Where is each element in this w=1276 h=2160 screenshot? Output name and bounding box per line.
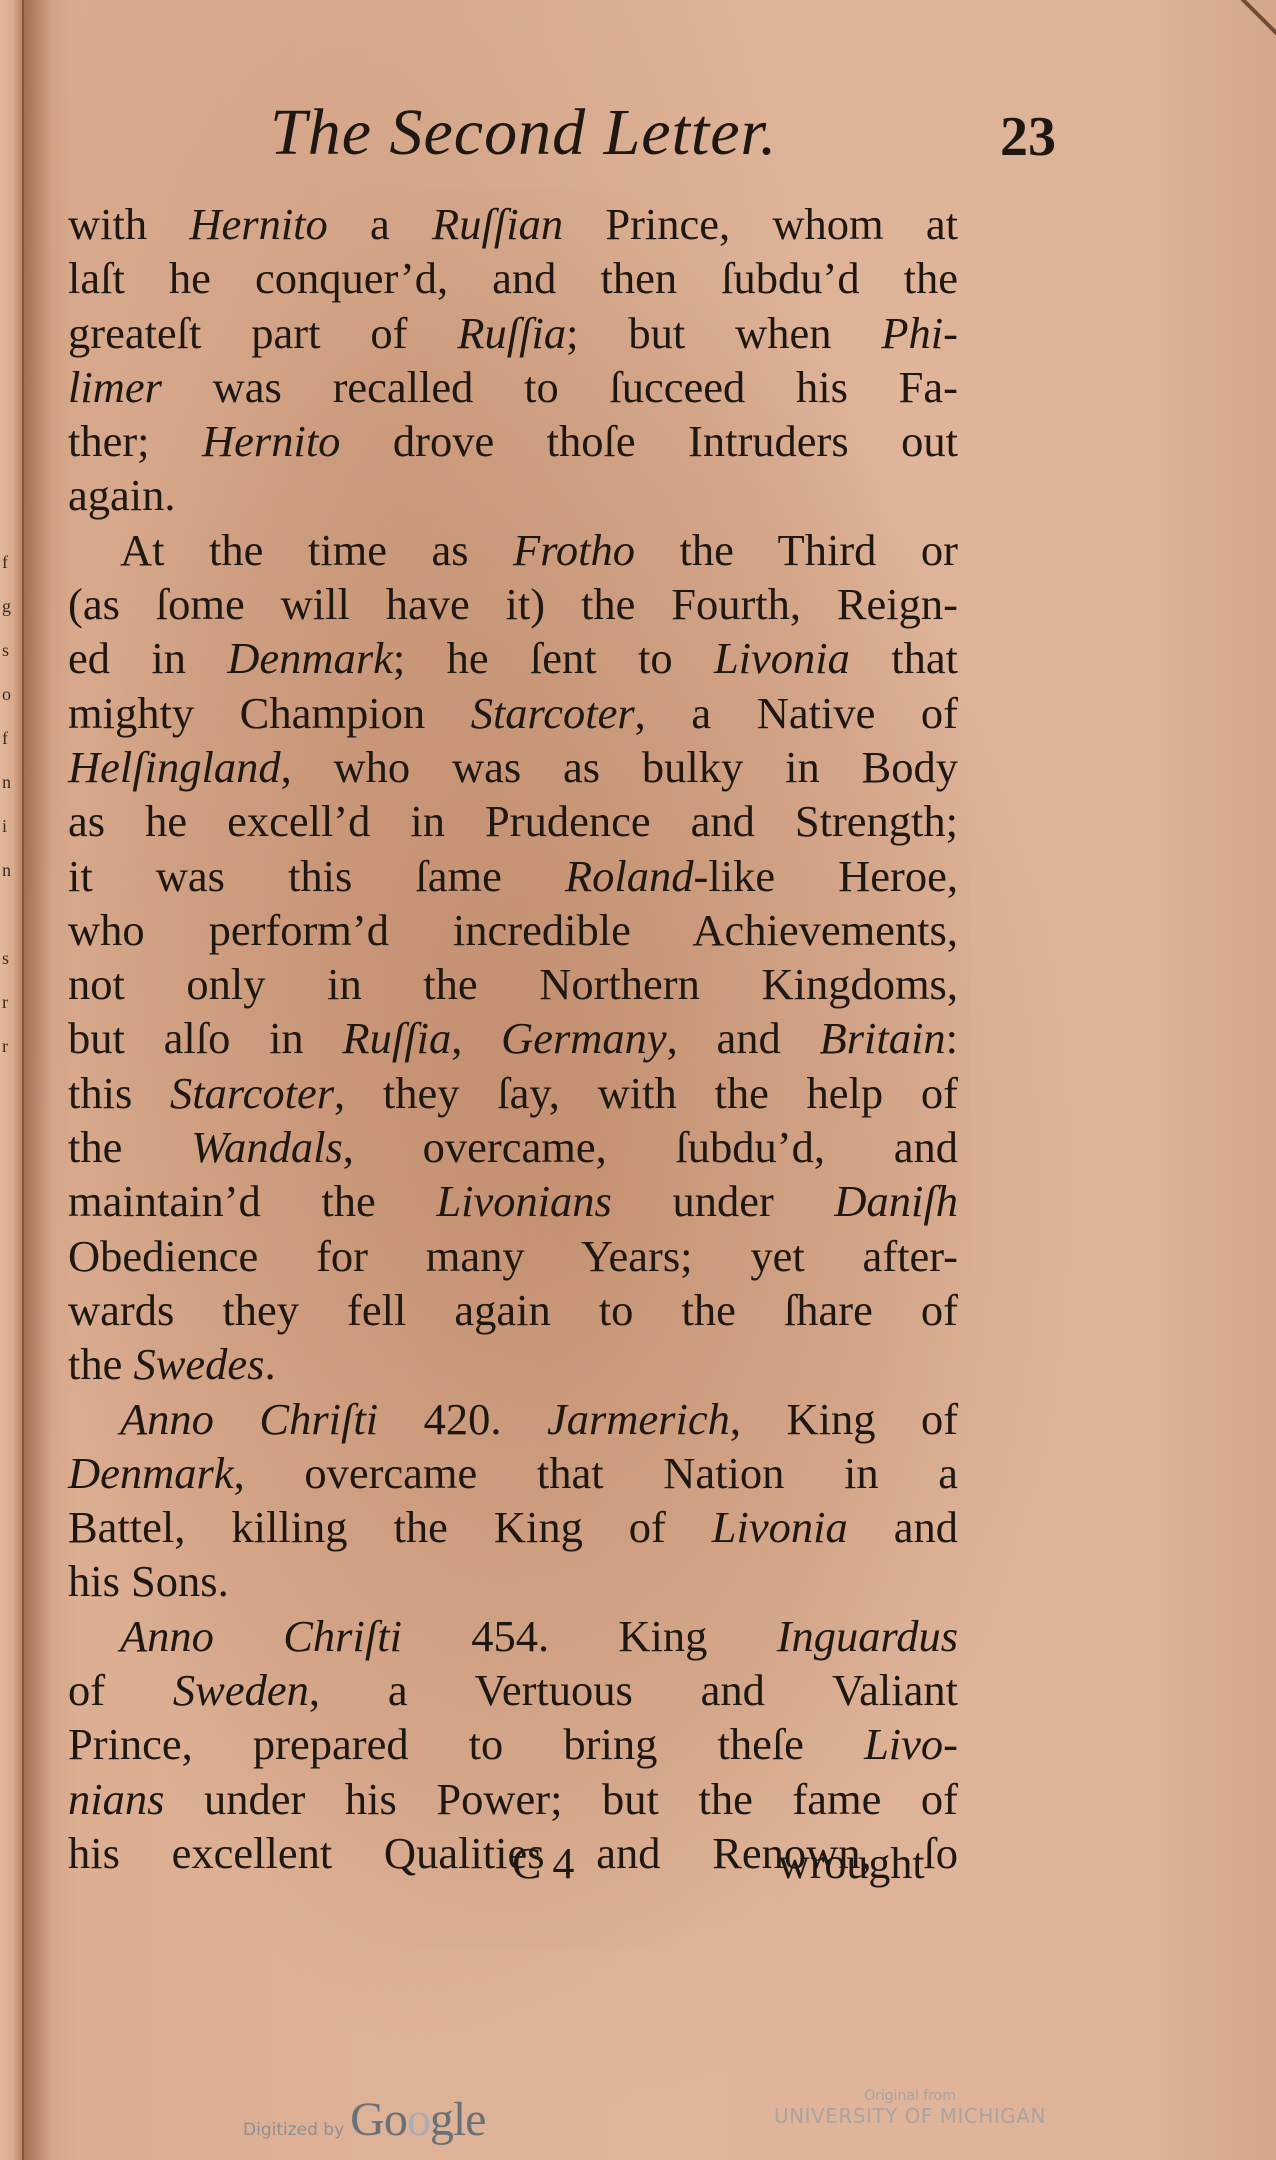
text-run: it was this ſame <box>68 851 565 901</box>
fragment-glyph: i <box>2 804 16 848</box>
adjacent-page-edge <box>0 0 24 2160</box>
text-line: Battel, killing the King of Livonia and <box>68 1500 958 1554</box>
text-run: wards they fell again to the ſhare of <box>68 1285 958 1335</box>
text-run: under <box>612 1176 835 1226</box>
text-run: as he excell’d in Prudence and Strength; <box>68 796 958 846</box>
italic-text: Jarmerich <box>547 1394 730 1444</box>
text-run: , a Vertuous and Valiant <box>309 1665 958 1715</box>
text-line: again. <box>68 468 958 522</box>
text-run: maintain’d the <box>68 1176 436 1226</box>
text-line: mighty Champion Starcoter, a Native of <box>68 686 958 740</box>
text-run: , they ſay, with the help of <box>334 1068 958 1118</box>
text-run: Prince, whom at <box>563 199 958 249</box>
text-run: 454. King <box>402 1611 777 1661</box>
italic-text: Hernito <box>202 416 340 466</box>
text-run: , overcame, ſubdu’d, and <box>343 1122 958 1172</box>
text-line: (as ſome will have it) the Fourth, Reign… <box>68 577 958 631</box>
italic-text: Britain <box>820 1013 946 1063</box>
text-run: drove thoſe Intruders out <box>340 416 958 466</box>
logo-letter: o <box>384 2093 407 2146</box>
fragment-glyph: n <box>2 848 16 892</box>
text-run: ed in <box>68 633 227 683</box>
text-line: ther; Hernito drove thoſe Intruders out <box>68 414 958 468</box>
adjacent-page-text-fragments: fgsofnin srr <box>2 540 16 1068</box>
institution-label: UNIVERSITY OF MICHIGAN <box>760 2104 1060 2128</box>
text-line: but alſo in Ruſſia, Germany, and Britain… <box>68 1011 958 1065</box>
page-corner-fold <box>1236 0 1276 40</box>
italic-text: Germany <box>501 1013 667 1063</box>
fragment-glyph: n <box>2 760 16 804</box>
page-number: 23 <box>1000 105 1056 169</box>
text-run: , King of <box>730 1394 958 1444</box>
italic-text: Ruſſia <box>342 1013 451 1063</box>
text-run: the Third or <box>635 525 958 575</box>
text-run: , overcame that Nation in a <box>234 1448 958 1498</box>
text-run: was recalled to ſucceed his Fa- <box>162 362 958 412</box>
text-line: Prince, prepared to bring theſe Livo- <box>68 1717 958 1771</box>
logo-letter: g <box>430 2093 453 2146</box>
text-run: , a Native of <box>635 688 958 738</box>
text-run: Battel, killing the King of <box>68 1502 712 1552</box>
fragment-glyph: r <box>2 1024 16 1068</box>
italic-text: limer <box>68 362 162 412</box>
text-line: wards they fell again to the ſhare of <box>68 1283 958 1337</box>
text-run: Prince, prepared to bring theſe <box>68 1719 864 1769</box>
italic-text: Hernito <box>189 199 327 249</box>
italic-text: Denmark <box>68 1448 234 1498</box>
text-run: 420. <box>378 1394 547 1444</box>
text-line: it was this ſame Roland-like Heroe, <box>68 849 958 903</box>
fragment-glyph: f <box>2 716 16 760</box>
text-line: ed in Denmark; he ſent to Livonia that <box>68 631 958 685</box>
italic-text: Sweden <box>173 1665 309 1715</box>
text-run: greateſt part of <box>68 308 457 358</box>
text-line: who perform’d incredible Achievements, <box>68 903 958 957</box>
text-line: Obedience for many Years; yet after- <box>68 1229 958 1283</box>
text-run: -like Heroe, <box>694 851 958 901</box>
text-run: ther; <box>68 416 202 466</box>
italic-text: Livonians <box>436 1176 612 1226</box>
text-line: with Hernito a Ruſſian Prince, whom at <box>68 197 958 251</box>
logo-letter: e <box>465 2093 485 2146</box>
footer-catchline: C 4 wrought <box>0 1838 1276 1898</box>
text-line: Helſingland, who was as bulky in Body <box>68 740 958 794</box>
italic-text: Daniſh <box>834 1176 958 1226</box>
text-run: not only in the Northern Kingdoms, <box>68 959 958 1009</box>
catchword: wrought <box>778 1838 925 1889</box>
text-run: . <box>265 1339 276 1389</box>
text-run: under his Power; but the fame of <box>164 1774 958 1824</box>
text-run: that <box>850 633 958 683</box>
text-run: ; he ſent to <box>393 633 714 683</box>
text-run: , and <box>667 1013 820 1063</box>
text-line: Anno Chriſti 454. King Inguardus <box>68 1609 958 1663</box>
digitized-by-google-watermark: Digitized by Google <box>243 2092 485 2147</box>
text-line: of Sweden, a Vertuous and Valiant <box>68 1663 958 1717</box>
text-line: this Starcoter, they ſay, with the help … <box>68 1066 958 1120</box>
text-line: Denmark, overcame that Nation in a <box>68 1446 958 1500</box>
page-header: The Second Letter. 23 <box>0 95 1276 185</box>
original-from-label: Original from <box>760 2088 1060 2104</box>
text-run: but alſo in <box>68 1013 342 1063</box>
italic-text: Helſingland <box>68 742 281 792</box>
italic-text: Livo- <box>864 1719 958 1769</box>
text-run: ; but when <box>566 308 881 358</box>
logo-letter: l <box>453 2093 465 2146</box>
italic-text: Ruſſia <box>457 308 566 358</box>
text-run: mighty Champion <box>68 688 471 738</box>
text-run: again. <box>68 470 176 520</box>
text-run: the <box>68 1339 134 1389</box>
italic-text: Wandals <box>191 1122 343 1172</box>
text-run: laſt he conquer’d, and then ſubdu’d the <box>68 253 958 303</box>
text-run: this <box>68 1068 170 1118</box>
italic-text: Starcoter <box>170 1068 334 1118</box>
text-line: maintain’d the Livonians under Daniſh <box>68 1174 958 1228</box>
fragment-glyph: s <box>2 628 16 672</box>
italic-text: Roland <box>565 851 694 901</box>
text-line: his Sons. <box>68 1554 958 1608</box>
text-run: the <box>68 1122 191 1172</box>
body-text: with Hernito a Ruſſian Prince, whom atla… <box>68 197 958 1880</box>
text-line: nians under his Power; but the fame of <box>68 1772 958 1826</box>
logo-letter: o <box>407 2093 430 2146</box>
text-line: the Wandals, overcame, ſubdu’d, and <box>68 1120 958 1174</box>
italic-text: Anno Chriſti <box>120 1394 378 1444</box>
text-line: greateſt part of Ruſſia; but when Phi- <box>68 306 958 360</box>
fragment-glyph <box>2 892 16 936</box>
text-line: laſt he conquer’d, and then ſubdu’d the <box>68 251 958 305</box>
text-line: the Swedes. <box>68 1337 958 1391</box>
italic-text: Anno Chriſti <box>120 1611 402 1661</box>
text-run: At the time as <box>120 525 513 575</box>
text-line: not only in the Northern Kingdoms, <box>68 957 958 1011</box>
italic-text: Livonia <box>712 1502 848 1552</box>
text-run: , who was as bulky in Body <box>281 742 958 792</box>
italic-text: nians <box>68 1774 164 1824</box>
italic-text: Frotho <box>513 525 635 575</box>
italic-text: Swedes <box>134 1339 265 1389</box>
italic-text: Starcoter <box>471 688 635 738</box>
text-run: with <box>68 199 189 249</box>
text-line: At the time as Frotho the Third or <box>68 523 958 577</box>
book-page: fgsofnin srr The Second Letter. 23 with … <box>0 0 1276 2160</box>
text-run: of <box>68 1665 173 1715</box>
page-gutter-shadow <box>22 0 52 2160</box>
text-run: , <box>451 1013 501 1063</box>
logo-letter: G <box>350 2093 384 2146</box>
italic-text: Denmark <box>227 633 393 683</box>
fragment-glyph: r <box>2 980 16 1024</box>
italic-text: Phi- <box>881 308 958 358</box>
italic-text: Inguardus <box>777 1611 958 1661</box>
fragment-glyph: f <box>2 540 16 584</box>
text-line: limer was recalled to ſucceed his Fa- <box>68 360 958 414</box>
signature-mark: C 4 <box>512 1838 574 1889</box>
fragment-glyph: s <box>2 936 16 980</box>
text-run: a <box>328 199 432 249</box>
google-logo-icon: Google <box>350 2092 485 2147</box>
text-line: Anno Chriſti 420. Jarmerich, King of <box>68 1392 958 1446</box>
text-run: : <box>946 1013 958 1063</box>
fragment-glyph: g <box>2 584 16 628</box>
original-from-watermark: Original from UNIVERSITY OF MICHIGAN <box>760 2088 1060 2128</box>
text-run: his Sons. <box>68 1556 229 1606</box>
italic-text: Livonia <box>714 633 850 683</box>
text-run: Obedience for many Years; yet after- <box>68 1231 958 1281</box>
italic-text: Ruſſian <box>432 199 563 249</box>
digitized-by-label: Digitized by <box>243 2120 344 2140</box>
text-run: and <box>848 1502 958 1552</box>
text-line: as he excell’d in Prudence and Strength; <box>68 794 958 848</box>
text-run: (as ſome will have it) the Fourth, Reign… <box>68 579 958 629</box>
fragment-glyph: o <box>2 672 16 716</box>
running-title: The Second Letter. <box>270 95 777 171</box>
text-run: who perform’d incredible Achievements, <box>68 905 958 955</box>
